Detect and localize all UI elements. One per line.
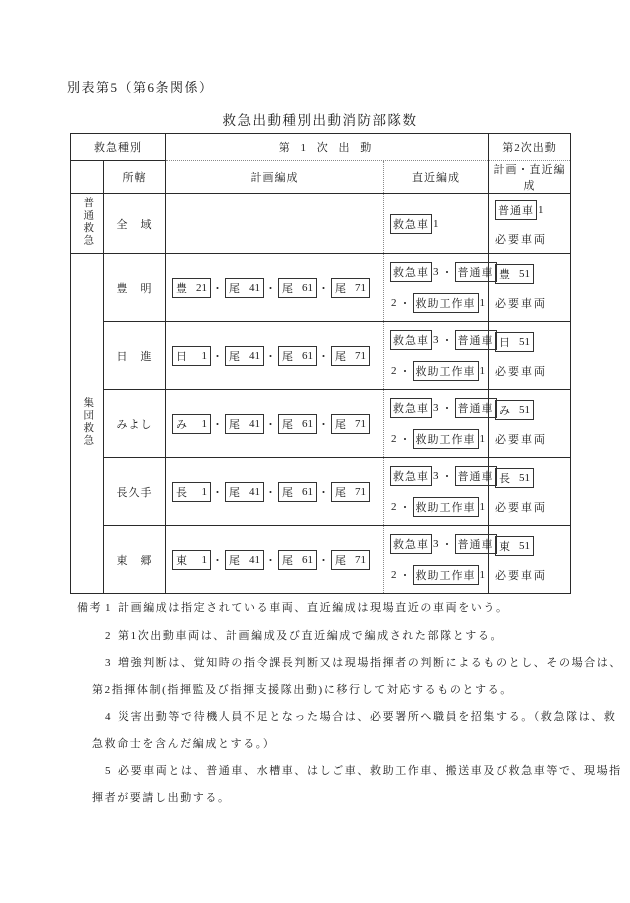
vehicle-box: 救急車 (390, 466, 432, 486)
vehicle-count: 3 (433, 402, 440, 414)
vehicle-count: 3 (433, 538, 440, 550)
dot-separator: ・ (318, 348, 330, 364)
dot-separator: ・ (318, 416, 330, 432)
unit-code-box: 尾41 (225, 278, 264, 298)
note-number: 3 (105, 650, 112, 677)
nearby-miyoshi: 救急車 3 ・ 普通車 2 ・ 救助工作車 1 (384, 390, 489, 458)
row-zeniki: 普通救急 全 域 救急車 1 普通車 1 必要車両 (71, 194, 571, 254)
unit-code-box: 東51 (495, 536, 534, 556)
plan-zeniki-empty (166, 194, 384, 254)
note-text: 第2指揮体制(指揮監及び指揮支援隊出動)に移行して対応するものとする。 (92, 677, 582, 704)
station-nagakute: 長久手 (104, 458, 166, 526)
header-row-1: 救急種別 第 1 次 出 動 第2次出動 (71, 134, 571, 161)
notes-section: 備考 1 計画編成は指定されている車両、直近編成は現場直近の車両をいう。 2 第… (77, 595, 582, 812)
row-miyoshi: みよし み1 ・ 尾41 ・ 尾61 ・ 尾71 救急車 3 ・ (71, 390, 571, 458)
vehicle-count: 1 (480, 433, 487, 445)
station-miyoshi: みよし (104, 390, 166, 458)
second-togo: 東51 必要車両 (489, 526, 571, 594)
row-nagakute: 長久手 長1 ・ 尾41 ・ 尾61 ・ 尾71 救急車 3 ・ (71, 458, 571, 526)
note-item-2: 2 第1次出動車両は、計画編成及び直近編成で編成された部隊とする。 (77, 623, 582, 650)
unit-code-box: 尾71 (331, 278, 370, 298)
note-item-5: 5 必要車両とは、普通車、水槽車、はしご車、救助工作車、搬送車及び救急車等で、現… (77, 758, 582, 811)
dot-separator: ・ (265, 484, 277, 500)
vehicle-count: 1 (480, 569, 487, 581)
dot-separator: ・ (318, 552, 330, 568)
note-text: 災害出動等で待機人員不足となった場合は、必要署所へ職員を招集する。（救急隊は、救 (118, 704, 582, 731)
dot-separator: ・ (318, 280, 330, 296)
required-vehicles-label: 必要車両 (495, 295, 570, 311)
table-title: 救急出動種別出動消防部隊数 (70, 109, 570, 129)
vehicle-box: 普通車 (455, 466, 497, 486)
plan-miyoshi: み1 ・ 尾41 ・ 尾61 ・ 尾71 (166, 390, 384, 458)
header-row-2: 所轄 計画編成 直近編成 計画・直近編成 (71, 161, 571, 194)
unit-code-box: 豊51 (495, 264, 534, 284)
header-first-dispatch: 第 1 次 出 動 (166, 134, 489, 161)
vehicle-count: 3 (433, 470, 440, 482)
note-item-1: 備考 1 計画編成は指定されている車両、直近編成は現場直近の車両をいう。 (77, 595, 582, 622)
dot-separator: ・ (442, 468, 454, 484)
vehicle-count: 1 (538, 204, 545, 216)
unit-code-box: 長51 (495, 468, 534, 488)
vehicle-box: 救助工作車 (413, 497, 479, 517)
category-group-label: 集団救急 (82, 397, 93, 447)
nearby-toyoake: 救急車 3 ・ 普通車 2 ・ 救助工作車 1 (384, 254, 489, 322)
plan-toyoake: 豊21 ・ 尾41 ・ 尾61 ・ 尾71 (166, 254, 384, 322)
header-plan-nearby: 計画・直近編成 (489, 161, 571, 194)
category-group: 集団救急 (71, 254, 104, 594)
nearby-togo: 救急車 3 ・ 普通車 2 ・ 救助工作車 1 (384, 526, 489, 594)
unit-code-box: 尾41 (225, 550, 264, 570)
vehicle-count: 1 (480, 365, 487, 377)
note-text: 急救命士を含んだ編成とする。） (92, 731, 582, 758)
note-text: 増強判断は、覚知時の指令課長判断又は現場指揮者の判断によるものとし、その場合は、 (118, 650, 582, 677)
note-number: 5 (105, 758, 112, 785)
plan-nagakute: 長1 ・ 尾41 ・ 尾61 ・ 尾71 (166, 458, 384, 526)
vehicle-count: 1 (480, 297, 487, 309)
row-toyoake: 集団救急 豊 明 豊21 ・ 尾41 ・ 尾61 ・ 尾71 救急車 (71, 254, 571, 322)
header-empty-cell (71, 161, 104, 194)
nearby-zeniki: 救急車 1 (384, 194, 489, 254)
header-category: 救急種別 (71, 134, 166, 161)
unit-code-box: 尾61 (278, 414, 317, 434)
note-text: 揮者が要請し出動する。 (92, 785, 582, 812)
vehicle-box: 普通車 (455, 534, 497, 554)
unit-code-box: 尾41 (225, 346, 264, 366)
note-text: 第1次出動車両は、計画編成及び直近編成で編成された部隊とする。 (118, 623, 582, 650)
dot-separator: ・ (442, 400, 454, 416)
second-miyoshi: み51 必要車両 (489, 390, 571, 458)
unit-code-box: 豊21 (172, 278, 211, 298)
vehicle-count: 2 (391, 433, 398, 445)
unit-code-box: 尾71 (331, 550, 370, 570)
dot-separator: ・ (318, 484, 330, 500)
vehicle-box: 救急車 (390, 330, 432, 350)
dot-separator: ・ (212, 280, 224, 296)
dot-separator: ・ (442, 264, 454, 280)
required-vehicles-label: 必要車両 (495, 567, 570, 583)
vehicle-box: 普通車 (455, 330, 497, 350)
unit-code-box: 日1 (172, 346, 211, 366)
vehicle-box: 救助工作車 (413, 293, 479, 313)
header-station: 所轄 (104, 161, 166, 194)
header-plan: 計画編成 (166, 161, 384, 194)
notes-label: 備考 (77, 595, 102, 622)
vehicle-count: 3 (433, 266, 440, 278)
vehicle-box: 救急車 (390, 534, 432, 554)
vehicle-count: 2 (391, 569, 398, 581)
note-item-3: 3 増強判断は、覚知時の指令課長判断又は現場指揮者の判断によるものとし、その場合… (77, 650, 582, 703)
unit-code-box: 尾61 (278, 346, 317, 366)
unit-code-box: 尾61 (278, 278, 317, 298)
row-togo: 東 郷 東1 ・ 尾41 ・ 尾61 ・ 尾71 救急車 3 ・ (71, 526, 571, 594)
note-item-4: 4 災害出動等で待機人員不足となった場合は、必要署所へ職員を招集する。（救急隊は… (77, 704, 582, 757)
vehicle-box: 普通車 (455, 398, 497, 418)
vehicle-box: 救急車 (390, 214, 432, 234)
unit-code-box: 尾71 (331, 414, 370, 434)
required-vehicles-label: 必要車両 (495, 363, 570, 379)
second-zeniki: 普通車 1 必要車両 (489, 194, 571, 254)
vehicle-count: 2 (391, 365, 398, 377)
document-page: 別表第5（第6条関係） 救急出動種別出動消防部隊数 救急種別 第 1 次 出 動… (0, 0, 630, 903)
dot-separator: ・ (400, 499, 412, 515)
unit-code-box: み1 (172, 414, 211, 434)
unit-code-box: 尾61 (278, 550, 317, 570)
dot-separator: ・ (400, 431, 412, 447)
unit-code-box: 東1 (172, 550, 211, 570)
station-toyoake: 豊 明 (104, 254, 166, 322)
vehicle-box: 救助工作車 (413, 565, 479, 585)
station-nisshin: 日 進 (104, 322, 166, 390)
unit-code-box: 尾61 (278, 482, 317, 502)
dot-separator: ・ (212, 348, 224, 364)
required-vehicles-label: 必要車両 (495, 499, 570, 515)
dot-separator: ・ (442, 332, 454, 348)
dot-separator: ・ (265, 280, 277, 296)
category-normal: 普通救急 (71, 194, 104, 254)
category-normal-label: 普通救急 (82, 197, 93, 247)
vehicle-box: 普通車 (495, 200, 537, 220)
vehicle-box: 救助工作車 (413, 361, 479, 381)
dot-separator: ・ (400, 363, 412, 379)
dot-separator: ・ (265, 348, 277, 364)
unit-code-box: み51 (495, 400, 534, 420)
nearby-nisshin: 救急車 3 ・ 普通車 2 ・ 救助工作車 1 (384, 322, 489, 390)
vehicle-box: 普通車 (455, 262, 497, 282)
dot-separator: ・ (400, 567, 412, 583)
unit-code-box: 尾41 (225, 414, 264, 434)
note-text: 必要車両とは、普通車、水槽車、はしご車、救助工作車、搬送車及び救急車等で、現場指 (118, 758, 582, 785)
note-text: 計画編成は指定されている車両、直近編成は現場直近の車両をいう。 (118, 595, 582, 622)
dot-separator: ・ (212, 416, 224, 432)
vehicle-box: 救急車 (390, 398, 432, 418)
dot-separator: ・ (265, 552, 277, 568)
station-zeniki: 全 域 (104, 194, 166, 254)
unit-code-box: 長1 (172, 482, 211, 502)
plan-togo: 東1 ・ 尾41 ・ 尾61 ・ 尾71 (166, 526, 384, 594)
header-second-dispatch: 第2次出動 (489, 134, 571, 161)
note-number: 4 (105, 704, 112, 731)
second-toyoake: 豊51 必要車両 (489, 254, 571, 322)
vehicle-count: 2 (391, 297, 398, 309)
unit-code-box: 日51 (495, 332, 534, 352)
vehicle-count: 1 (480, 501, 487, 513)
doc-label: 別表第5（第6条関係） (67, 77, 214, 96)
dot-separator: ・ (265, 416, 277, 432)
unit-code-box: 尾71 (331, 346, 370, 366)
required-vehicles-label: 必要車両 (495, 231, 570, 247)
plan-nisshin: 日1 ・ 尾41 ・ 尾61 ・ 尾71 (166, 322, 384, 390)
required-vehicles-label: 必要車両 (495, 431, 570, 447)
second-nagakute: 長51 必要車両 (489, 458, 571, 526)
note-number: 2 (105, 623, 112, 650)
vehicle-count: 2 (391, 501, 398, 513)
header-nearby: 直近編成 (384, 161, 489, 194)
dot-separator: ・ (212, 484, 224, 500)
unit-code-box: 尾71 (331, 482, 370, 502)
row-nisshin: 日 進 日1 ・ 尾41 ・ 尾61 ・ 尾71 救急車 3 ・ (71, 322, 571, 390)
dot-separator: ・ (400, 295, 412, 311)
note-number: 1 (105, 595, 112, 622)
unit-code-box: 尾41 (225, 482, 264, 502)
vehicle-box: 救急車 (390, 262, 432, 282)
nearby-nagakute: 救急車 3 ・ 普通車 2 ・ 救助工作車 1 (384, 458, 489, 526)
second-nisshin: 日51 必要車両 (489, 322, 571, 390)
dot-separator: ・ (442, 536, 454, 552)
vehicle-count: 1 (433, 218, 440, 230)
dispatch-table: 救急種別 第 1 次 出 動 第2次出動 所轄 計画編成 直近編成 計画・直近編… (70, 133, 571, 594)
vehicle-count: 3 (433, 334, 440, 346)
dot-separator: ・ (212, 552, 224, 568)
vehicle-box: 救助工作車 (413, 429, 479, 449)
station-togo: 東 郷 (104, 526, 166, 594)
